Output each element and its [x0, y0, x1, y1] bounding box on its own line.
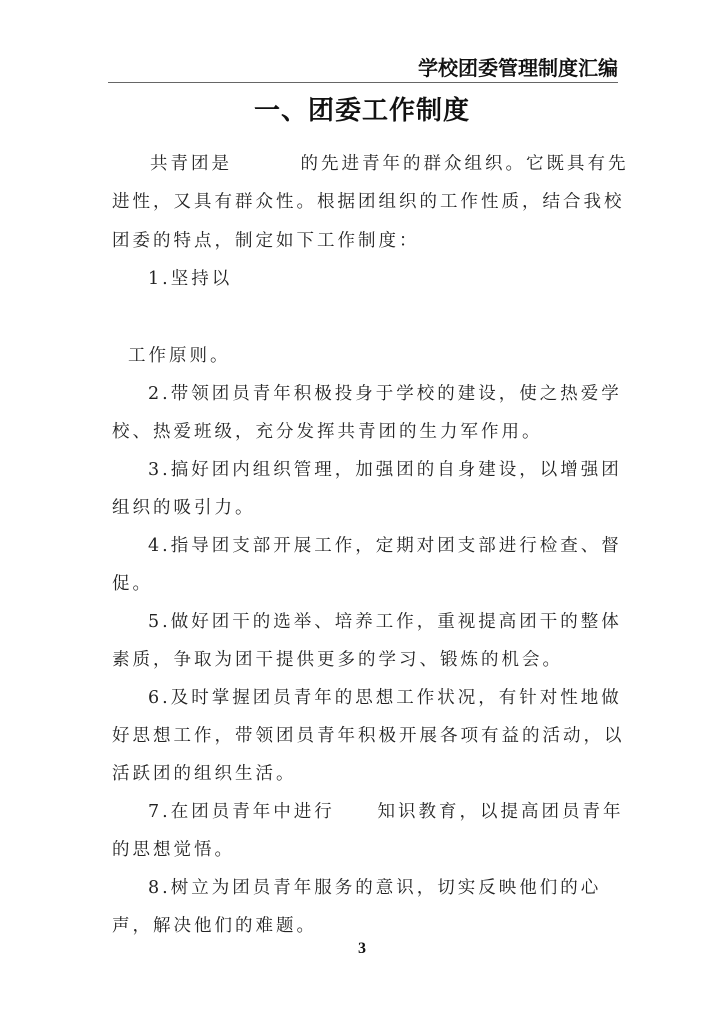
list-item-1-line: 1.坚持以 — [148, 265, 232, 290]
list-item-6-line: 6.及时掌握团员青年的思想工作状况，有针对性地做 — [148, 684, 622, 709]
list-item-5-line: 5.做好团干的选举、培养工作，重视提高团干的整体 — [148, 608, 622, 633]
header-divider — [108, 82, 618, 83]
section-title: 一、团委工作制度 — [0, 90, 724, 127]
list-item-7-line: 的思想觉悟。 — [112, 836, 235, 861]
list-item-1-line: 工作原则。 — [128, 342, 231, 367]
page-number: 3 — [0, 940, 724, 958]
list-item-3-line: 3.搞好团内组织管理，加强团的自身建设，以增强团 — [148, 456, 622, 481]
list-item-7-line: 7.在团员青年中进行 知识教育，以提高团员青年 — [148, 798, 624, 823]
list-item-2-line: 2.带领团员青年积极投身于学校的建设，使之热爱学 — [148, 380, 622, 405]
list-item-8-line: 8.树立为团员青年服务的意识，切实反映他们的心 — [148, 874, 601, 899]
list-item-2-line: 校、热爱班级，充分发挥共青团的生力军作用。 — [112, 418, 543, 443]
running-header-title: 学校团委管理制度汇编 — [418, 52, 618, 81]
paragraph-line: 团委的特点，制定如下工作制度： — [112, 227, 420, 252]
list-item-4-line: 促。 — [112, 570, 153, 595]
list-item-6-line: 好思想工作，带领团员青年积极开展各项有益的活动，以 — [112, 722, 625, 747]
list-item-6-line: 活跃团的组织生活。 — [112, 760, 297, 785]
list-item-4-line: 4.指导团支部开展工作，定期对团支部进行检查、督 — [148, 532, 622, 557]
list-item-3-line: 组织的吸引力。 — [112, 494, 256, 519]
paragraph-line: 共青团是 的先进青年的群众组织。它既具有先 — [150, 150, 629, 175]
list-item-5-line: 素质，争取为团干提供更多的学习、锻炼的机会。 — [112, 646, 563, 671]
list-item-8-line: 声，解决他们的难题。 — [112, 912, 317, 937]
paragraph-line: 进性，又具有群众性。根据团组织的工作性质，结合我校 — [112, 188, 625, 213]
